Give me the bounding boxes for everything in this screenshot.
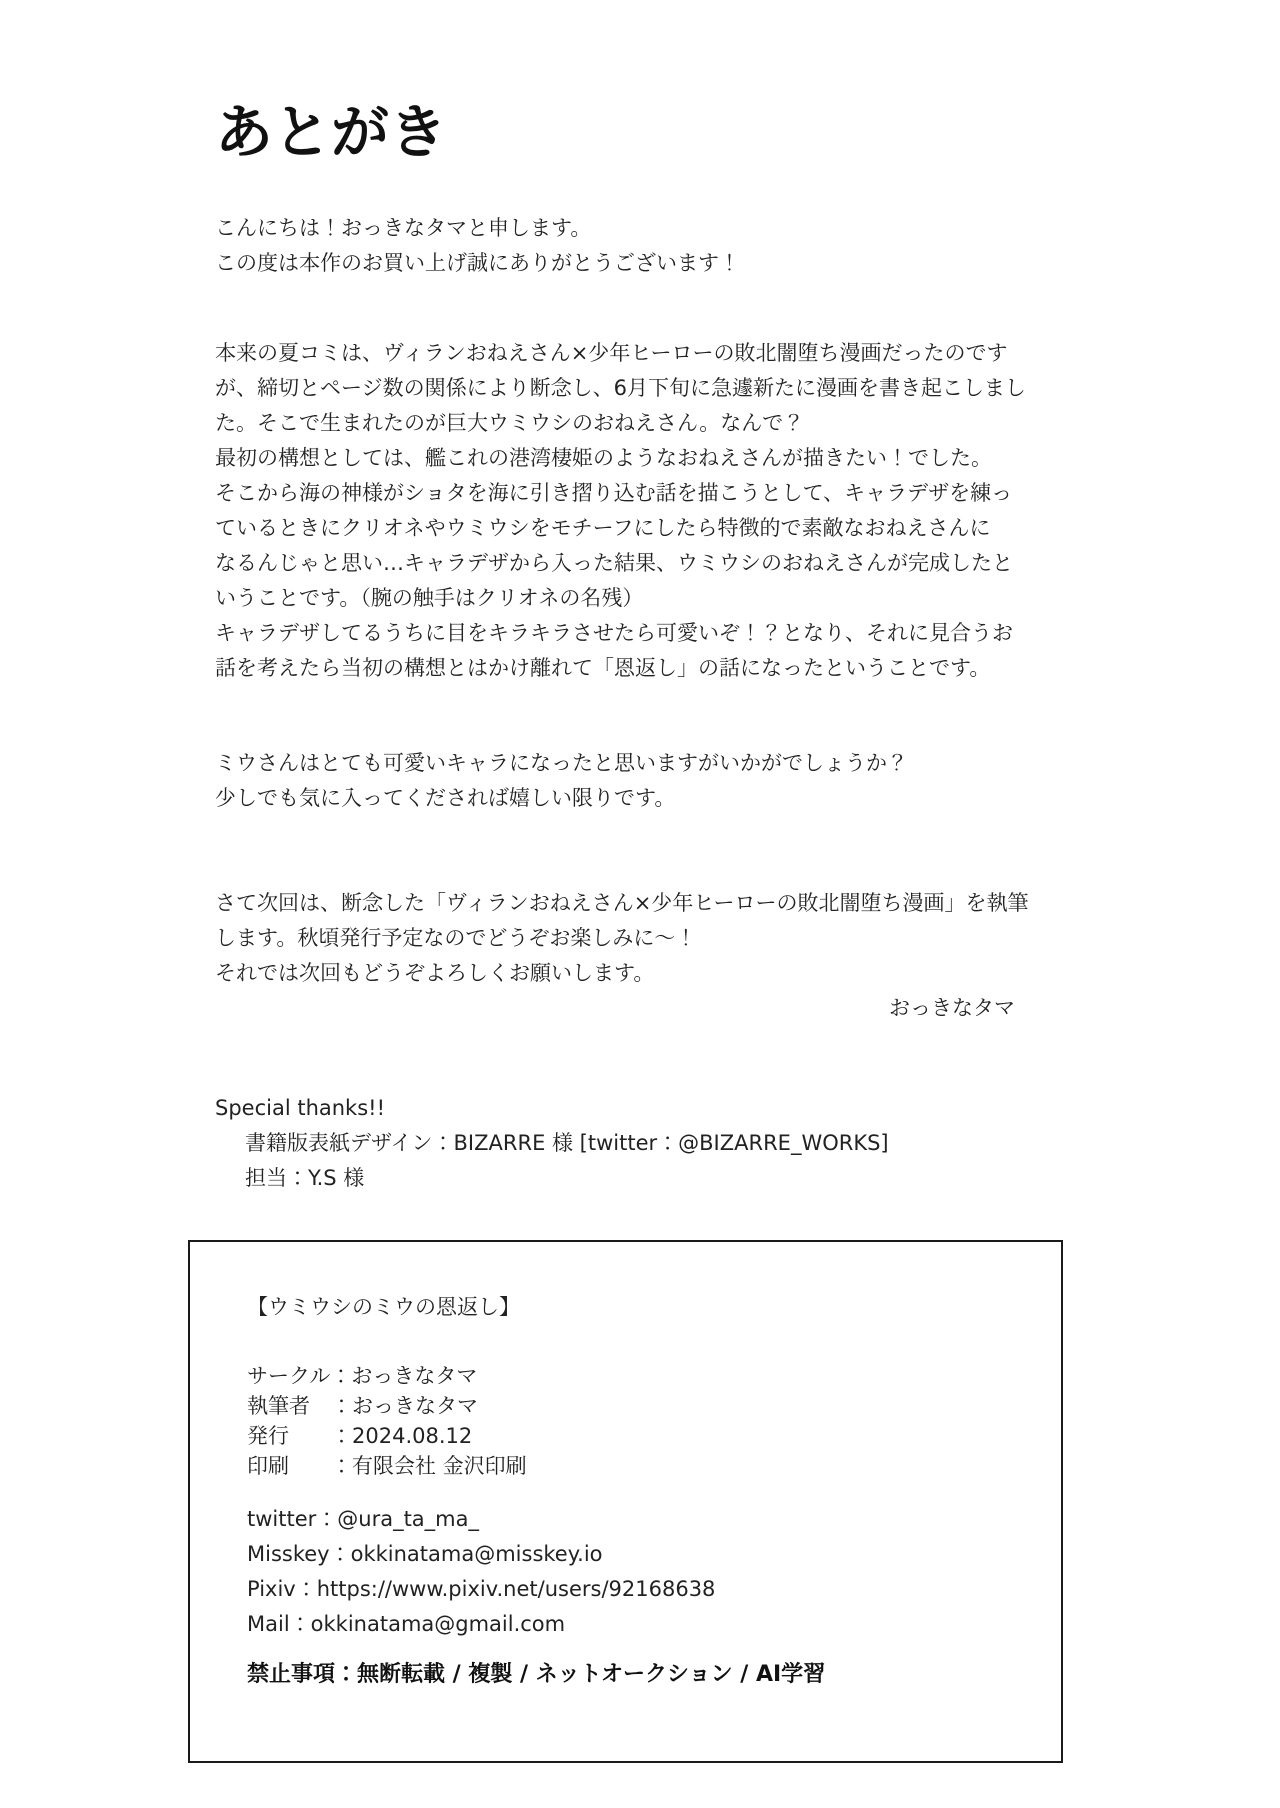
colophon-circle: サークル：おっきなタマ — [247, 1361, 1031, 1391]
twitter-handle: twitter：@ura_ta_ma_ — [247, 1502, 1031, 1537]
special-thanks-section: Special thanks!! 書籍版表紙デザイン：BIZARRE 様 [tw… — [215, 1091, 1280, 1196]
pixiv-url: Pixiv：https://www.pixiv.net/users/921686… — [247, 1572, 1031, 1607]
special-thanks-heading: Special thanks!! — [215, 1091, 1280, 1126]
colophon-author: 執筆者 ：おっきなタマ — [247, 1391, 1031, 1421]
mail-address: Mail：okkinatama@gmail.com — [247, 1607, 1031, 1642]
book-title: 【ウミウシのミウの恩返し】 — [247, 1290, 1031, 1325]
page-title: あとがき — [215, 96, 1280, 169]
author-signature: おっきなタマ — [215, 991, 1015, 1026]
editor-credit: 担当：Y.S 様 — [245, 1161, 1280, 1196]
cover-design-credit: 書籍版表紙デザイン：BIZARRE 様 [twitter：@BIZARRE_WO… — [245, 1126, 1280, 1161]
afterword-page: あとがき こんにちは！おっきなタマと申します。 この度は本作のお買い上げ誠にあり… — [0, 0, 1280, 1196]
paragraph-miu-comment: ミウさんはとても可愛いキャラになったと思いますがいかがでしょうか？ 少しでも気に… — [215, 746, 1280, 816]
publication-info: サークル：おっきなタマ 執筆者 ：おっきなタマ 発行 ：2024.08.12 印… — [247, 1361, 1031, 1481]
paragraph-greeting: こんにちは！おっきなタマと申します。 この度は本作のお買い上げ誠にありがとうござ… — [215, 211, 1280, 281]
colophon-publish-date: 発行 ：2024.08.12 — [247, 1421, 1031, 1451]
misskey-handle: Misskey：okkinatama@misskey.io — [247, 1537, 1031, 1572]
paragraph-main-story: 本来の夏コミは、ヴィランおねえさん×少年ヒーローの敗北闇堕ち漫画だったのです が… — [215, 336, 1280, 686]
paragraph-next-work: さて次回は、断念した「ヴィランおねえさん×少年ヒーローの敗北闇堕ち漫画」を執筆 … — [215, 886, 1280, 991]
contact-info: twitter：@ura_ta_ma_ Misskey：okkinatama@m… — [247, 1502, 1031, 1642]
colophon-box: 【ウミウシのミウの恩返し】 サークル：おっきなタマ 執筆者 ：おっきなタマ 発行… — [188, 1240, 1063, 1763]
colophon-printer: 印刷 ：有限会社 金沢印刷 — [247, 1451, 1031, 1481]
prohibited-notice: 禁止事項：無断転載 / 複製 / ネットオークション / AI学習 — [247, 1657, 1031, 1692]
